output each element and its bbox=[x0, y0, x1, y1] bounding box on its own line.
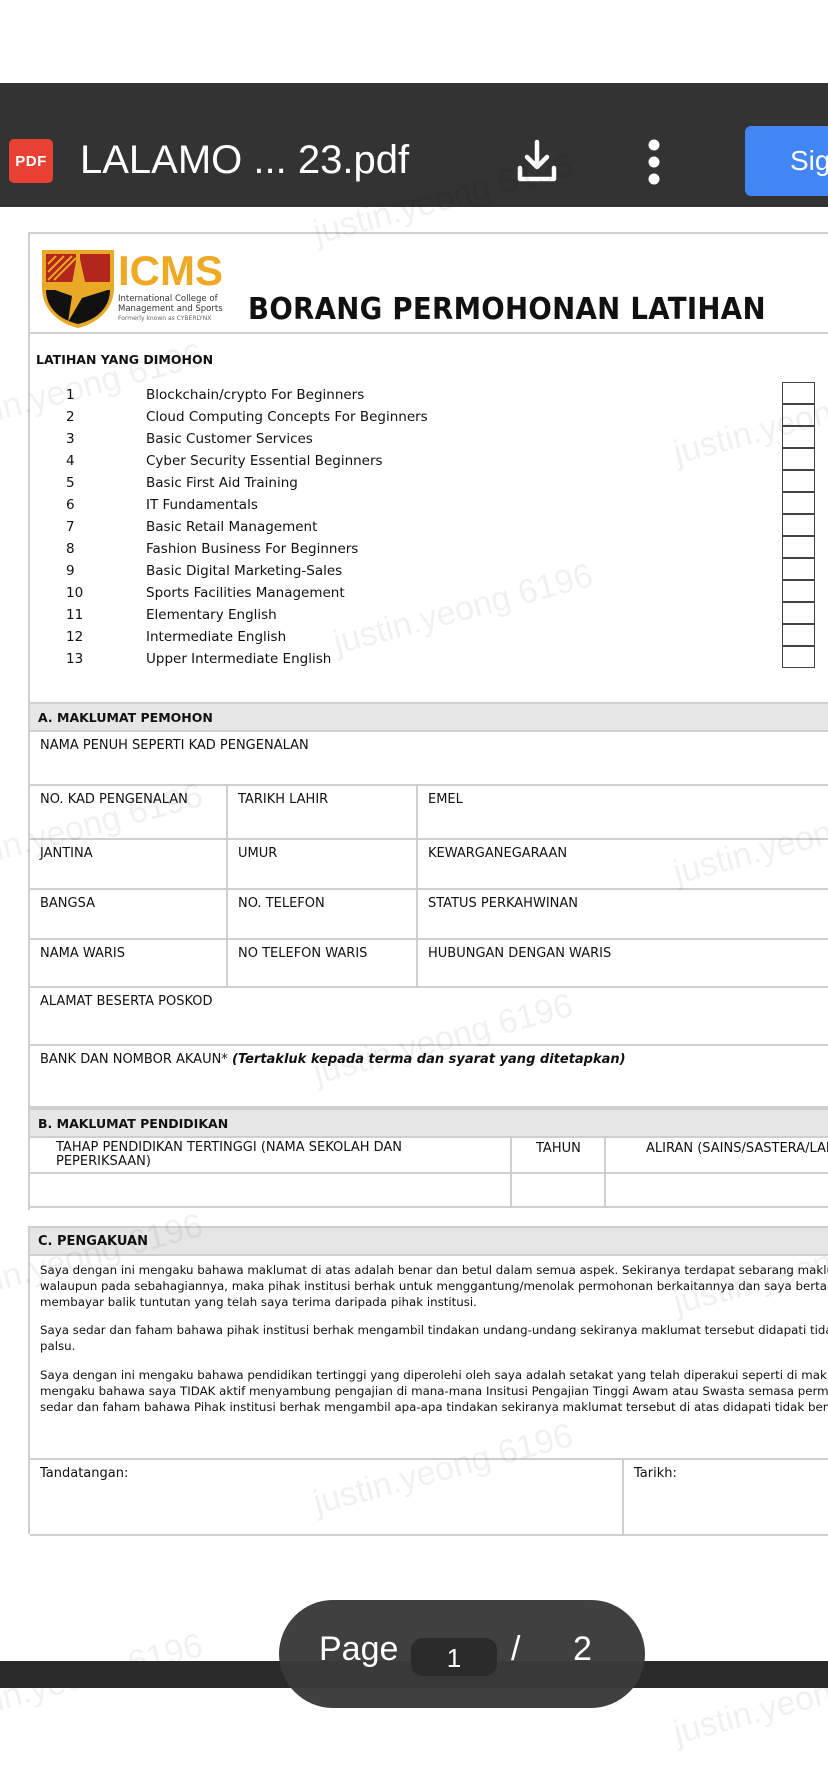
course-number: 12 bbox=[66, 626, 96, 648]
course-number: 5 bbox=[66, 472, 96, 494]
icms-logo: ICMS International College of Management… bbox=[38, 246, 238, 330]
course-name: Basic Retail Management bbox=[146, 516, 317, 538]
more-options-button[interactable] bbox=[642, 138, 666, 186]
course-item: 13Upper Intermediate English bbox=[30, 648, 790, 670]
applicant-field[interactable]: HUBUNGAN DENGAN WARIS bbox=[418, 940, 828, 988]
declaration-line: Saya sedar dan faham bahawa pihak instit… bbox=[40, 1322, 828, 1338]
applicant-field-label: KEWARGANEGARAAN bbox=[428, 846, 567, 861]
course-number: 10 bbox=[66, 582, 96, 604]
course-number: 9 bbox=[66, 560, 96, 582]
applicant-field-label: STATUS PERKAHWINAN bbox=[428, 896, 578, 911]
declaration-line: Saya dengan ini mengaku bahawa maklumat … bbox=[40, 1262, 828, 1278]
courses-section-label: LATIHAN YANG DIMOHON bbox=[36, 352, 213, 367]
declaration-line: membayar balik tuntutan yang telah saya … bbox=[40, 1294, 828, 1310]
more-vertical-icon bbox=[642, 138, 666, 186]
applicant-field[interactable]: STATUS PERKAHWINAN bbox=[418, 890, 828, 940]
date-label: Tarikh: bbox=[634, 1466, 677, 1481]
course-checkbox[interactable] bbox=[782, 448, 815, 470]
course-number: 6 bbox=[66, 494, 96, 516]
education-level-label-2: PEPERIKSAAN) bbox=[56, 1155, 510, 1169]
stream-label: ALIRAN (SAINS/SASTERA/LAIN-LAIN) bbox=[646, 1141, 828, 1156]
declaration-line: sedar dan faham bahawa Pihak institusi b… bbox=[40, 1399, 828, 1415]
applicant-field-label: NAMA WARIS bbox=[40, 946, 125, 961]
course-checkbox[interactable] bbox=[782, 580, 815, 602]
declaration-line: palsu. bbox=[40, 1338, 828, 1354]
stream-header: ALIRAN (SAINS/SASTERA/LAIN-LAIN) bbox=[606, 1138, 828, 1174]
year-input[interactable] bbox=[512, 1174, 606, 1208]
course-checkbox[interactable] bbox=[782, 602, 815, 624]
course-item: 4Cyber Security Essential Beginners bbox=[30, 450, 790, 472]
course-number: 4 bbox=[66, 450, 96, 472]
declaration-line: walaupun pada sebahagiannya, maka pihak … bbox=[40, 1278, 828, 1294]
page-number-input[interactable]: 1 bbox=[411, 1638, 497, 1676]
course-item: 11Elementary English bbox=[30, 604, 790, 626]
course-checkbox[interactable] bbox=[782, 382, 815, 404]
applicant-field[interactable]: UMUR bbox=[228, 840, 418, 890]
applicant-field-label: NO TELEFON WARIS bbox=[238, 946, 367, 961]
icms-shield-icon bbox=[38, 246, 118, 330]
page-total: 2 bbox=[573, 1630, 592, 1669]
full-name-field[interactable]: NAMA PENUH SEPERTI KAD PENGENALAN bbox=[30, 732, 828, 786]
applicant-field[interactable]: NO TELEFON WARIS bbox=[228, 940, 418, 988]
section-b-header: B. MAKLUMAT PENDIDIKAN bbox=[30, 1108, 828, 1138]
course-name: Elementary English bbox=[146, 604, 277, 626]
course-item: 12Intermediate English bbox=[30, 626, 790, 648]
logo-wordmark: ICMS bbox=[118, 250, 223, 292]
course-name: Blockchain/crypto For Beginners bbox=[146, 384, 364, 406]
course-name: Upper Intermediate English bbox=[146, 648, 331, 670]
education-level-input[interactable] bbox=[30, 1174, 512, 1208]
date-field[interactable]: Tarikh: bbox=[624, 1458, 828, 1536]
declaration-paragraph-3: Saya dengan ini mengaku bahawa pendidika… bbox=[40, 1367, 828, 1415]
form-header: ICMS International College of Management… bbox=[30, 234, 828, 334]
file-title: LALAMO ... 23.pdf bbox=[80, 136, 409, 184]
section-b-title: B. MAKLUMAT PENDIDIKAN bbox=[38, 1116, 228, 1131]
stream-input[interactable] bbox=[606, 1174, 828, 1208]
applicant-field-label: EMEL bbox=[428, 792, 463, 807]
applicant-field-label: HUBUNGAN DENGAN WARIS bbox=[428, 946, 611, 961]
signature-field[interactable]: Tandatangan: bbox=[30, 1458, 624, 1536]
course-checkbox[interactable] bbox=[782, 470, 815, 492]
course-name: Cloud Computing Concepts For Beginners bbox=[146, 406, 428, 428]
applicant-field[interactable]: BANGSA bbox=[30, 890, 228, 940]
course-checkbox[interactable] bbox=[782, 624, 815, 646]
bank-account-label: BANK DAN NOMBOR AKAUN* bbox=[40, 1052, 228, 1067]
address-label: ALAMAT BESERTA POSKOD bbox=[40, 994, 213, 1009]
full-name-label: NAMA PENUH SEPERTI KAD PENGENALAN bbox=[40, 738, 309, 753]
course-name: Sports Facilities Management bbox=[146, 582, 345, 604]
section-c-title: C. PENGAKUAN bbox=[38, 1234, 148, 1249]
education-level-header: TAHAP PENDIDIKAN TERTINGGI (NAMA SEKOLAH… bbox=[30, 1138, 512, 1174]
section-a-title: A. MAKLUMAT PEMOHON bbox=[38, 710, 213, 725]
course-number: 3 bbox=[66, 428, 96, 450]
course-number: 7 bbox=[66, 516, 96, 538]
bank-account-field[interactable]: BANK DAN NOMBOR AKAUN* (Tertakluk kepada… bbox=[30, 1046, 828, 1108]
course-name: Basic Digital Marketing-Sales bbox=[146, 560, 342, 582]
course-checkbox[interactable] bbox=[782, 646, 815, 668]
address-field[interactable]: ALAMAT BESERTA POSKOD bbox=[30, 988, 828, 1046]
download-button[interactable] bbox=[512, 136, 562, 186]
year-header: TAHUN bbox=[512, 1138, 606, 1174]
section-gap bbox=[28, 1210, 828, 1226]
course-checkbox[interactable] bbox=[782, 426, 815, 448]
course-name: Fashion Business For Beginners bbox=[146, 538, 358, 560]
applicant-field[interactable]: EMEL bbox=[418, 786, 828, 840]
sign-button[interactable]: Sign bbox=[745, 126, 828, 196]
download-icon bbox=[512, 136, 562, 186]
applicant-field[interactable]: NO. TELEFON bbox=[228, 890, 418, 940]
applicant-field-label: JANTINA bbox=[40, 846, 93, 861]
course-number: 8 bbox=[66, 538, 96, 560]
course-number: 13 bbox=[66, 648, 96, 670]
applicant-field[interactable]: NO. KAD PENGENALAN bbox=[30, 786, 228, 840]
pdf-page: ICMS International College of Management… bbox=[28, 232, 828, 1534]
section-c-header: C. PENGAKUAN bbox=[30, 1226, 828, 1256]
applicant-field-label: BANGSA bbox=[40, 896, 95, 911]
education-level-label-1: TAHAP PENDIDIKAN TERTINGGI (NAMA SEKOLAH… bbox=[56, 1141, 510, 1155]
course-item: 2Cloud Computing Concepts For Beginners bbox=[30, 406, 790, 428]
course-checkbox[interactable] bbox=[782, 558, 815, 580]
course-item: 3Basic Customer Services bbox=[30, 428, 790, 450]
applicant-field-label: NO. TELEFON bbox=[238, 896, 325, 911]
section-a-header: A. MAKLUMAT PEMOHON bbox=[30, 702, 828, 732]
course-name: Cyber Security Essential Beginners bbox=[146, 450, 383, 472]
course-checkbox[interactable] bbox=[782, 404, 815, 426]
course-checkbox[interactable] bbox=[782, 492, 815, 514]
applicant-field[interactable]: JANTINA bbox=[30, 840, 228, 890]
course-number: 2 bbox=[66, 406, 96, 428]
course-item: 1Blockchain/crypto For Beginners bbox=[30, 384, 790, 406]
course-item: 7Basic Retail Management bbox=[30, 516, 790, 538]
course-number: 1 bbox=[66, 384, 96, 406]
course-item: 5Basic First Aid Training bbox=[30, 472, 790, 494]
course-name: Basic First Aid Training bbox=[146, 472, 298, 494]
applicant-field-label: UMUR bbox=[238, 846, 277, 861]
applicant-field-label: TARIKH LAHIR bbox=[238, 792, 328, 807]
course-checkbox[interactable] bbox=[782, 514, 815, 536]
course-name: IT Fundamentals bbox=[146, 494, 258, 516]
course-checkbox-column bbox=[782, 382, 815, 668]
applicant-field[interactable]: KEWARGANEGARAAN bbox=[418, 840, 828, 890]
applicant-field-label: NO. KAD PENGENALAN bbox=[40, 792, 188, 807]
year-label: TAHUN bbox=[536, 1141, 581, 1156]
logo-line-3: Formerly known as CYBERLYNX bbox=[118, 315, 211, 322]
course-name: Intermediate English bbox=[146, 626, 286, 648]
course-checkbox[interactable] bbox=[782, 536, 815, 558]
applicant-field[interactable]: TARIKH LAHIR bbox=[228, 786, 418, 840]
declaration-line: Saya dengan ini mengaku bahawa pendidika… bbox=[40, 1367, 828, 1383]
declaration-line: mengaku bahawa saya TIDAK aktif menyambu… bbox=[40, 1383, 828, 1399]
course-number: 11 bbox=[66, 604, 96, 626]
declaration-paragraph-2: Saya sedar dan faham bahawa pihak instit… bbox=[40, 1322, 828, 1354]
page-separator: / bbox=[511, 1630, 520, 1669]
logo-line-2: Management and Sports bbox=[118, 304, 223, 314]
pdf-file-icon: PDF bbox=[9, 139, 53, 183]
form-title: BORANG PERMOHONAN LATIHAN bbox=[248, 292, 766, 327]
bank-account-note: (Tertakluk kepada terma dan syarat yang … bbox=[232, 1052, 626, 1067]
applicant-field[interactable]: NAMA WARIS bbox=[30, 940, 228, 988]
course-name: Basic Customer Services bbox=[146, 428, 313, 450]
logo-line-1: International College of bbox=[118, 294, 218, 304]
course-item: 10Sports Facilities Management bbox=[30, 582, 790, 604]
page-label: Page bbox=[319, 1630, 398, 1669]
page-indicator: Page 1 / 2 bbox=[279, 1600, 645, 1708]
course-item: 8Fashion Business For Beginners bbox=[30, 538, 790, 560]
course-item: 6IT Fundamentals bbox=[30, 494, 790, 516]
declaration-paragraph-1: Saya dengan ini mengaku bahawa maklumat … bbox=[40, 1262, 828, 1310]
course-item: 9Basic Digital Marketing-Sales bbox=[30, 560, 790, 582]
signature-label: Tandatangan: bbox=[40, 1466, 128, 1481]
